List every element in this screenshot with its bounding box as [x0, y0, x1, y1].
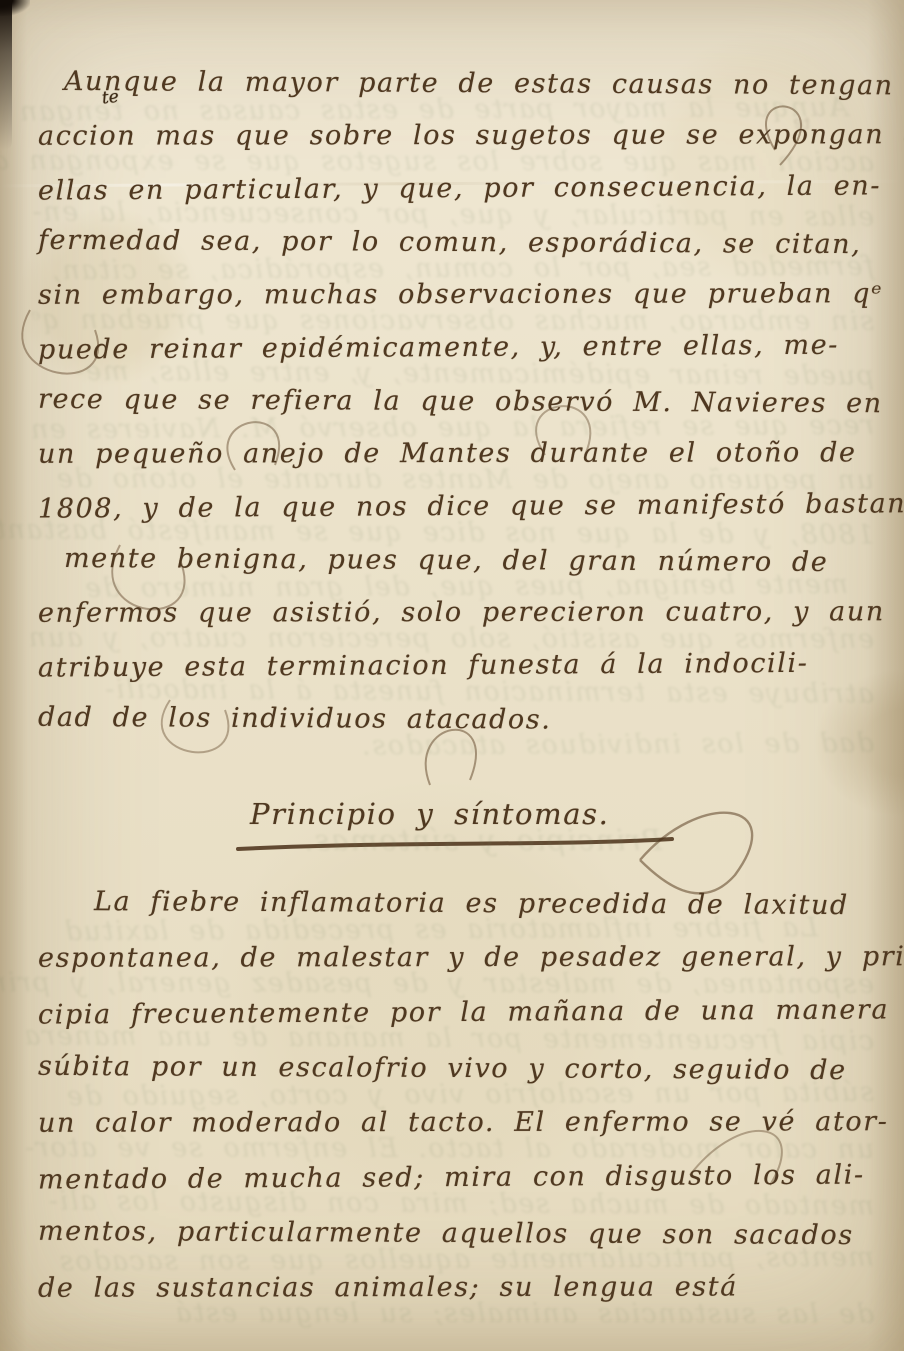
- manuscript-line: espontanea, de malestar y de pesadez gen…: [38, 929, 874, 985]
- manuscript-page: Aunque la mayor parte de estas causas no…: [0, 0, 904, 1351]
- manuscript-line: 1808, y de la que nos dice que se manife…: [38, 477, 874, 535]
- manuscript-line: mentos, particularmente aquellos que son…: [38, 1204, 874, 1263]
- paragraph-1: Aunque la mayor parte de estas causas no…: [38, 56, 874, 745]
- manuscript-line: rece que se refiera la que observó M. Na…: [38, 373, 874, 430]
- manuscript-line: te accion mas que sobre los sugetos que …: [38, 108, 874, 162]
- corner-ink-blob: [0, 0, 30, 16]
- manuscript-line: ellas en particular, y que, por consecue…: [38, 159, 874, 217]
- manuscript-line: enfermos que asistió, solo perecieron cu…: [38, 585, 874, 639]
- manuscript-line: fermedad sea, por lo comun, esporádica, …: [38, 214, 874, 271]
- manuscript-line: de las sustancias animales; su lengua es…: [38, 1259, 874, 1315]
- manuscript-line-text: accion mas que sobre los sugetos que se …: [38, 119, 904, 152]
- manuscript-line: súbita por un escalofrio vivo y corto, s…: [38, 1039, 874, 1098]
- manuscript-line: un pequeño anejo de Mantes durante el ot…: [38, 426, 874, 480]
- interlinear-insertion: te: [101, 89, 120, 108]
- manuscript-line: mentado de mucha sed; mira con disgusto …: [38, 1147, 874, 1207]
- text-layer: Aunque la mayor parte de estas causas no…: [38, 56, 874, 1315]
- manuscript-line: La fiebre inflamatoria es precedida de l…: [38, 874, 874, 933]
- manuscript-line: Aunque la mayor parte de estas causas no…: [38, 55, 874, 112]
- manuscript-line: sin embargo, muchas observaciones que pr…: [38, 267, 874, 321]
- manuscript-line: cipia frecuentemente por la mañana de un…: [38, 982, 874, 1042]
- manuscript-line: dad de los individuos atacados.: [38, 691, 874, 748]
- section-heading: Principio y síntomas.: [250, 783, 609, 845]
- manuscript-line: un calor moderado al tacto. El enfermo s…: [38, 1094, 874, 1150]
- manuscript-line: mente benigna, pues que, del gran número…: [38, 532, 874, 589]
- manuscript-line: puede reinar epidémicamente, y, entre el…: [38, 318, 874, 376]
- paragraph-2: La fiebre inflamatoria es precedida de l…: [38, 875, 874, 1315]
- manuscript-line: atribuye esta terminacion funesta á la i…: [38, 636, 874, 694]
- left-edge-shadow: [0, 0, 12, 150]
